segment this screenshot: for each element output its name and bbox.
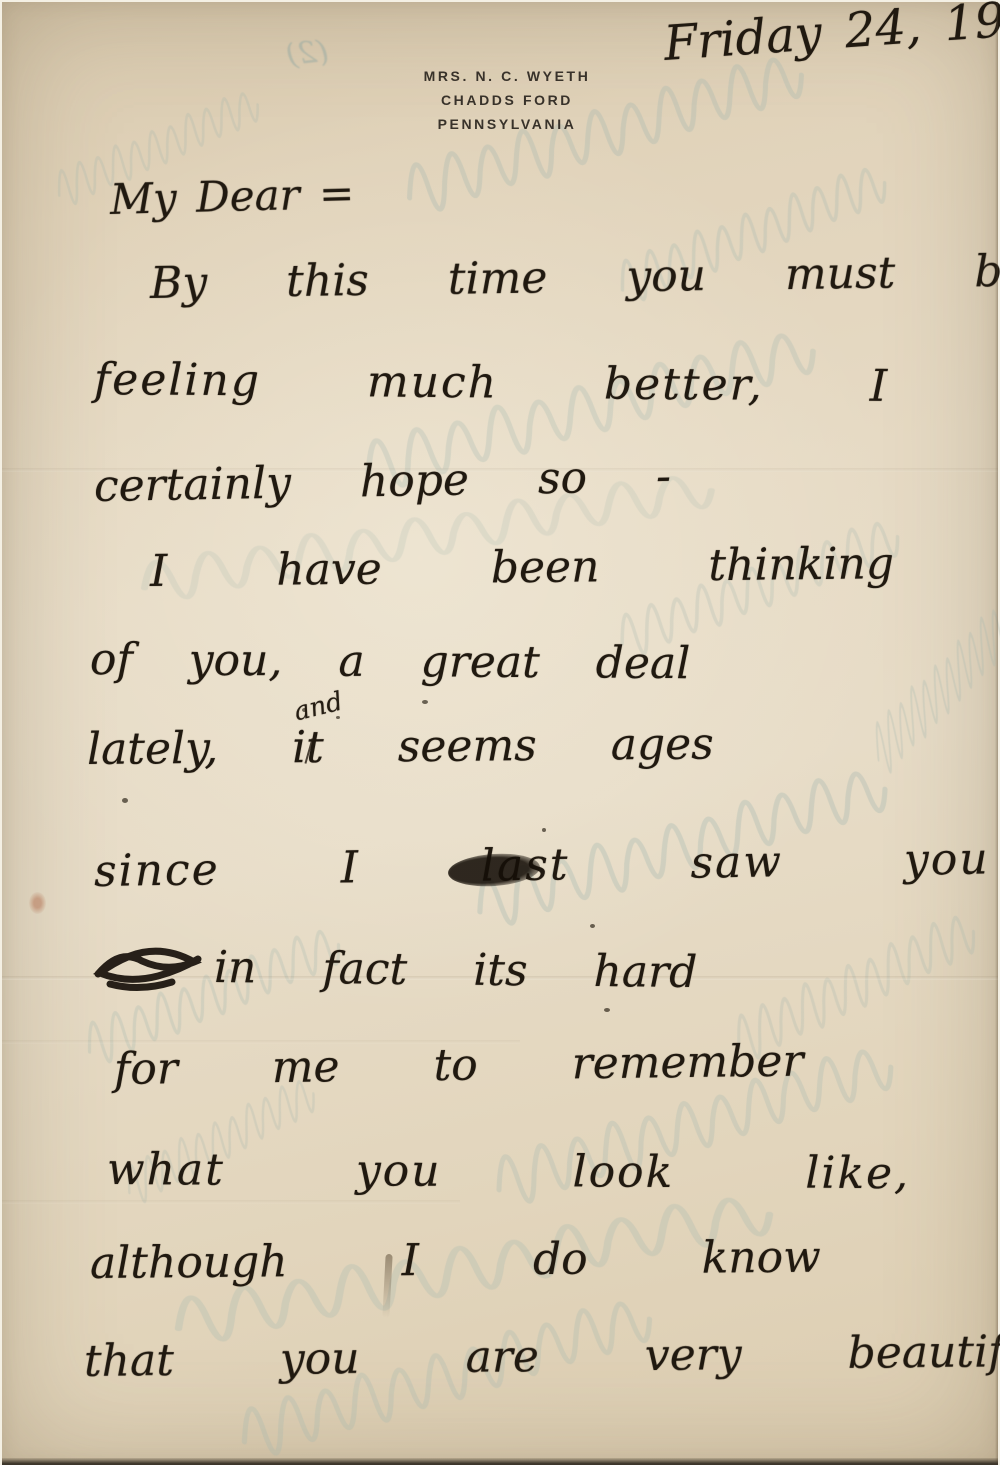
ink-speck — [122, 798, 128, 803]
body-line-9: for me to remember — [114, 1032, 804, 1100]
letterhead: MRS. N. C. WYETH CHADDS FORD PENNSYLVANI… — [357, 64, 657, 136]
body-line-10: what you look like, — [107, 1140, 910, 1204]
body-line-2: feeling much better, I — [94, 350, 890, 417]
bleed-through-page-number: (2) — [284, 34, 330, 73]
scribbled-out-word — [90, 940, 210, 996]
body-line-5: of you, a great deal — [90, 630, 691, 694]
ink-speck — [422, 700, 428, 704]
body-line-1: By this time you must be — [150, 242, 1000, 314]
salutation: My Dear = — [109, 164, 355, 230]
ink-speck — [542, 828, 546, 832]
photo-edge — [2, 1458, 998, 1465]
smudge — [29, 892, 46, 914]
letter-photo: (2) MRS. N. C. WYETH CHADDS FORD PENNSYL… — [0, 0, 1000, 1465]
body-line-4: I have been thinking — [150, 534, 895, 602]
body-line-6: lately, it seems ages — [87, 715, 714, 780]
body-line-11: although I do know — [90, 1228, 821, 1294]
body-line-8: in fact its hard — [214, 938, 698, 1003]
letterhead-name: MRS. N. C. WYETH — [357, 64, 657, 88]
letterhead-state: PENNSYLVANIA — [357, 112, 657, 136]
body-line-12: that you are very beautiful — [84, 1322, 1000, 1392]
body-line-3: certainly hope so - — [93, 447, 671, 517]
letter-page: (2) MRS. N. C. WYETH CHADDS FORD PENNSYL… — [2, 2, 998, 1465]
letterhead-city: CHADDS FORD — [357, 88, 657, 112]
handwritten-date: Friday 24, 1939 — [662, 0, 1000, 74]
photo-edge — [995, 2, 998, 1465]
ink-speck — [302, 708, 307, 712]
ink-speck — [590, 924, 595, 928]
ink-speck — [604, 1008, 610, 1012]
ink-speck — [336, 716, 340, 719]
body-line-7: since I last saw you — [94, 829, 990, 902]
